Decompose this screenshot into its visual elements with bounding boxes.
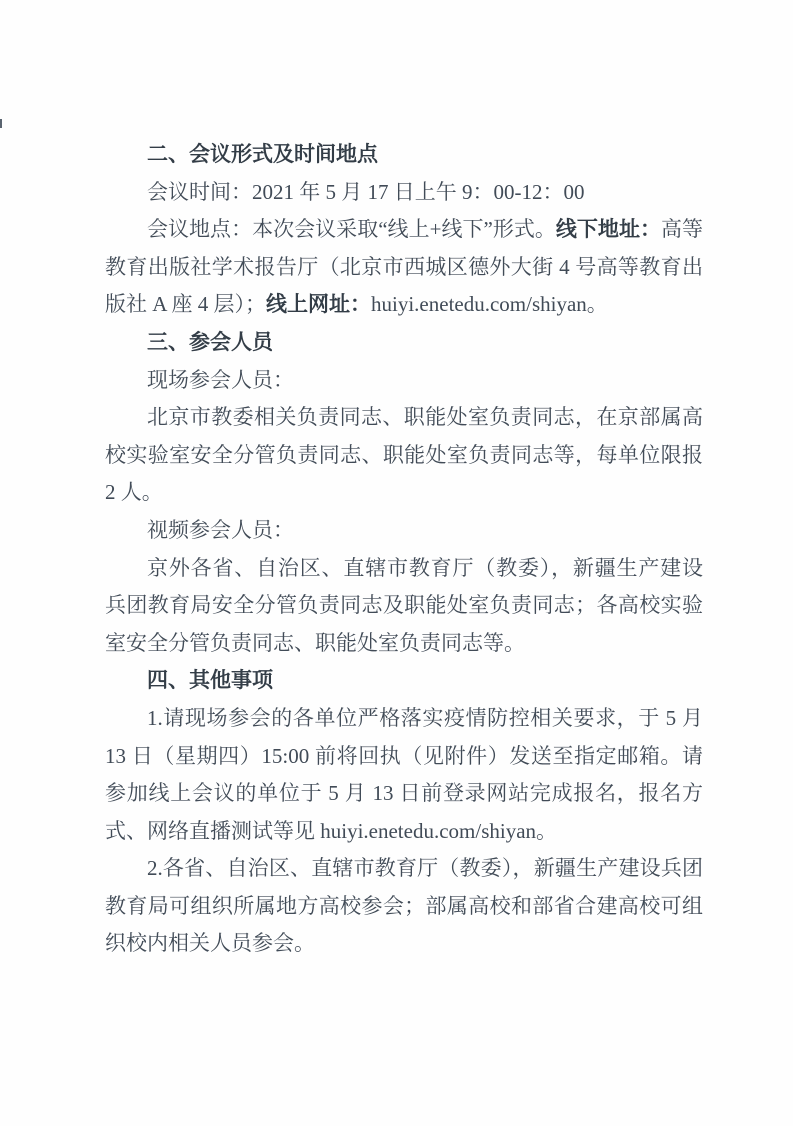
section-heading-participants: 三、参会人员 — [105, 324, 703, 362]
text-run-online-url-label: 线上网址： — [266, 292, 371, 316]
scan-edge-artifact — [0, 119, 2, 128]
text-run: 北京市教委相关负责同志、职能处室负责同志，在京部属高校实验室安全分管负责同志、职… — [105, 405, 703, 504]
paragraph-video-participants: 京外各省、自治区、直辖市教育厅（教委），新疆生产建设兵团教育局安全分管负责同志及… — [105, 550, 703, 663]
paragraph-meeting-time: 会议时间：2021 年 5 月 17 日上午 9：00-12：00 — [105, 174, 703, 212]
paragraph-onsite-participants-label: 现场参会人员： — [105, 362, 703, 400]
text-run: 三、参会人员 — [147, 330, 273, 354]
text-run: 会议地点：本次会议采取“线上+线下”形式。 — [147, 217, 556, 241]
section-heading-meeting-format: 二、会议形式及时间地点 — [105, 136, 703, 174]
text-run-offline-address-label: 线下地址： — [556, 217, 661, 241]
text-run: 会议时间：2021 年 5 月 17 日上午 9：00-12：00 — [147, 180, 585, 204]
section-heading-other-matters: 四、其他事项 — [105, 662, 703, 700]
text-run: 现场参会人员： — [147, 368, 294, 392]
text-run: 2.各省、自治区、直辖市教育厅（教委），新疆生产建设兵团教育局可组织所属地方高校… — [105, 856, 703, 955]
text-run: 1.请现场参会的各单位严格落实疫情防控相关要求，于 5 月 13 日（星期四）1… — [105, 706, 703, 843]
text-run: 京外各省、自治区、直辖市教育厅（教委），新疆生产建设兵团教育局安全分管负责同志及… — [105, 556, 703, 655]
text-run: 二、会议形式及时间地点 — [147, 142, 378, 166]
text-run: 四、其他事项 — [147, 668, 273, 692]
text-run: 视频参会人员： — [147, 518, 294, 542]
paragraph-video-participants-label: 视频参会人员： — [105, 512, 703, 550]
text-run-online-url: huiyi.enetedu.com/shiyan。 — [371, 292, 608, 316]
paragraph-other-matters-1: 1.请现场参会的各单位严格落实疫情防控相关要求，于 5 月 13 日（星期四）1… — [105, 700, 703, 850]
document-content: 二、会议形式及时间地点 会议时间：2021 年 5 月 17 日上午 9：00-… — [105, 136, 703, 963]
paragraph-onsite-participants: 北京市教委相关负责同志、职能处室负责同志，在京部属高校实验室安全分管负责同志、职… — [105, 399, 703, 512]
document-page: 二、会议形式及时间地点 会议时间：2021 年 5 月 17 日上午 9：00-… — [0, 0, 793, 1126]
paragraph-other-matters-2: 2.各省、自治区、直辖市教育厅（教委），新疆生产建设兵团教育局可组织所属地方高校… — [105, 850, 703, 963]
paragraph-meeting-location: 会议地点：本次会议采取“线上+线下”形式。线下地址：高等教育出版社学术报告厅（北… — [105, 211, 703, 324]
